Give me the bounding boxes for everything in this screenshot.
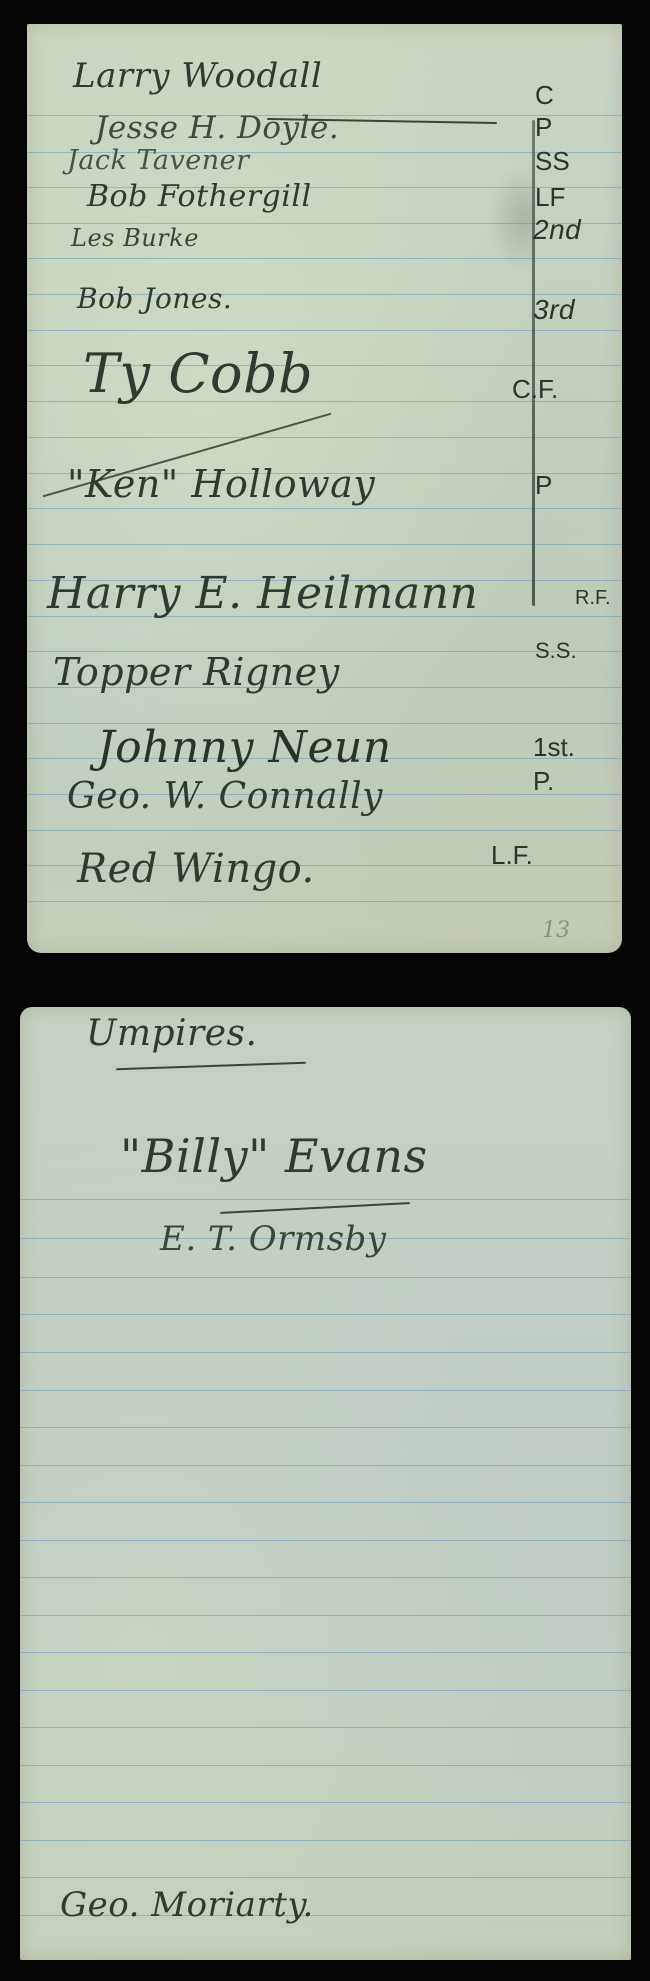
position-label: 2nd [533, 214, 581, 246]
rule-line [20, 1314, 631, 1315]
signature-billy-evans: "Billy" Evans [120, 1129, 428, 1183]
rule-line [20, 1502, 631, 1503]
position-label: LF [535, 182, 565, 213]
umpires-card: Umpires. "Billy" Evans E. T. Ormsby Geo.… [20, 1007, 631, 1960]
rule-line [20, 1615, 631, 1616]
rule-line [20, 1840, 631, 1841]
signature-larry-woodall: Larry Woodall [73, 56, 322, 96]
rule-line [20, 1577, 631, 1578]
rule-line [20, 1690, 631, 1691]
signature-johnny-neun: Johnny Neun [97, 722, 392, 773]
position-label: P [535, 470, 552, 501]
signature-ken-holloway: "Ken" Holloway [67, 462, 375, 506]
umpires-heading: Umpires. [86, 1013, 257, 1054]
position-label: S.S. [535, 638, 577, 664]
signature-topper-rigney: Topper Rigney [53, 650, 340, 694]
position-label: C [535, 80, 554, 111]
position-label: R.F. [575, 587, 611, 610]
position-label: P [535, 112, 552, 143]
position-label: L.F. [491, 840, 533, 871]
signature-red-wingo: Red Wingo. [77, 846, 315, 892]
signature-bob-fothergill: Bob Fothergill [87, 179, 312, 214]
signature-harry-heilmann: Harry E. Heilmann [47, 568, 478, 619]
rule-line [20, 1765, 631, 1766]
position-label: C.F. [512, 374, 558, 405]
signature-et-ormsby: E. T. Ormsby [160, 1219, 387, 1259]
rule-line [20, 1727, 631, 1728]
signature-geo-moriarty: Geo. Moriarty. [60, 1885, 314, 1925]
rule-line [20, 1652, 631, 1653]
rule-line [27, 901, 622, 902]
signature-les-burke: Les Burke [71, 224, 199, 252]
signature-flourish [220, 1202, 410, 1214]
signature-geo-connally: Geo. W. Connally [67, 776, 383, 817]
rule-line [27, 830, 622, 831]
position-label: P. [533, 766, 554, 797]
rule-line [20, 1199, 631, 1200]
heading-underline [116, 1062, 306, 1071]
page-number: 13 [542, 918, 570, 943]
position-label: 1st. [533, 732, 575, 763]
lineup-card: Larry Woodall Jesse H. Doyle. Jack Taven… [27, 24, 622, 953]
rule-line [20, 1540, 631, 1541]
signature-jesse-doyle: Jesse H. Doyle. [95, 110, 339, 146]
position-label: SS [535, 146, 570, 177]
signature-bob-jones: Bob Jones. [77, 282, 232, 315]
signature-jack-tavener: Jack Tavener [67, 145, 250, 176]
rule-line [20, 1465, 631, 1466]
water-stain [487, 164, 535, 274]
rule-line [20, 1877, 631, 1878]
rule-line [20, 1427, 631, 1428]
signature-ty-cobb: Ty Cobb [83, 342, 313, 405]
rule-line [20, 1277, 631, 1278]
rule-line [20, 1390, 631, 1391]
position-label: 3rd [533, 294, 575, 326]
rule-line [20, 1352, 631, 1353]
rule-line [20, 1802, 631, 1803]
